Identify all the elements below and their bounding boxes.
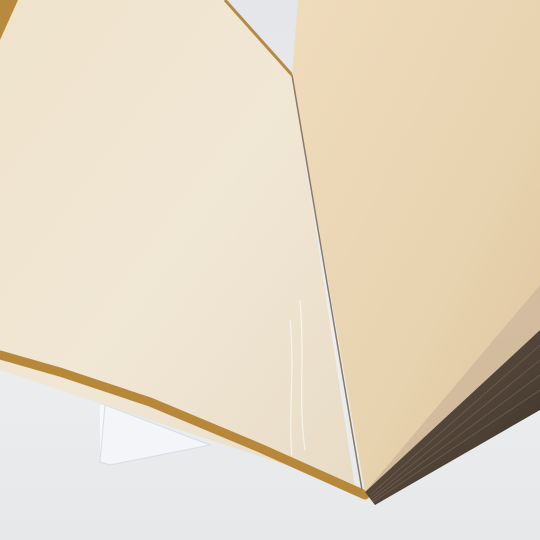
open-book-illustration [0,0,540,540]
photo-scene [0,0,540,540]
